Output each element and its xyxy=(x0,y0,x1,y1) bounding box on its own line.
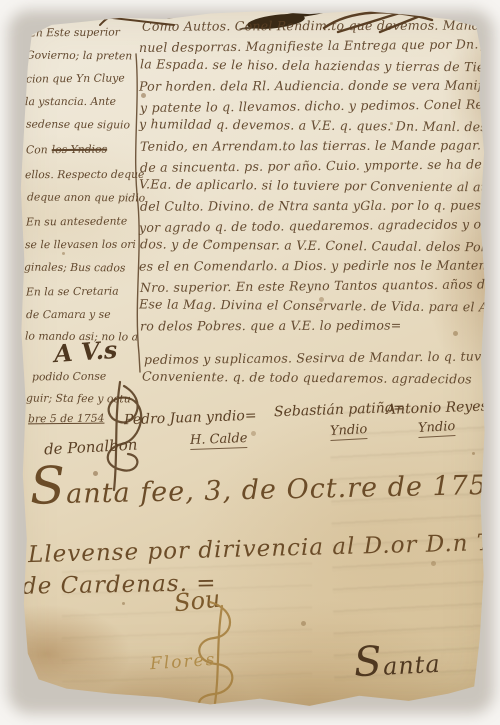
margin-note-line: sedense que siguio xyxy=(26,118,130,132)
signature-title: Yndio xyxy=(330,422,368,441)
margin-note-line: Conlos Yndios xyxy=(26,143,107,157)
body-line: Por horden. dela Rl. Audiencia. donde se… xyxy=(139,77,500,93)
margin-note-word: Con xyxy=(26,143,48,156)
manuscript-page: En Este superior Govierno; la preten cio… xyxy=(2,2,498,718)
margin-note-line: Govierno; la preten xyxy=(26,49,132,63)
margin-flourish-initials: A V.s xyxy=(53,335,118,368)
signature-title: H. Calde xyxy=(190,431,248,450)
bottom-signature-right: Santa xyxy=(353,648,441,682)
margin-note-line: deque anon que pidio xyxy=(27,190,145,204)
body-line: pedimos y suplicamos. Sesirva de Mandar.… xyxy=(144,348,500,367)
body-line: y humildad q. devemos. a V.E. q. ques. D… xyxy=(139,116,500,135)
margin-note-line: cion que Yn Cluye xyxy=(26,71,125,85)
photo-backdrop: En Este superior Govierno; la preten cio… xyxy=(0,0,500,725)
body-line: Conveniente. q. de todo quedaremos. agra… xyxy=(142,369,472,387)
body-line: Ese la Mag. Divina el Conservarle. de Vi… xyxy=(139,296,500,314)
body-line: de a sincuenta. ps. por año. Cuio. ympor… xyxy=(140,156,500,175)
body-line: nuel desporras. Magnifieste la Entrega q… xyxy=(139,36,500,55)
body-line: dos. y de Compensar. a V.E. Conel. Cauda… xyxy=(140,236,500,254)
body-line: V.Ea. de aplicarlo. si lo tuviere por Co… xyxy=(139,176,500,194)
margin-note-line: ginales; Bus cados xyxy=(24,261,126,275)
margin-note-line: En su antesedente xyxy=(26,214,127,228)
margin-note-line: se le llevasen los ori xyxy=(25,238,136,251)
body-line: es el en Comendarlo. a Dios. y pedirle n… xyxy=(139,257,500,273)
body-line: ro delos Pobres. que a V.E. lo pedimos= xyxy=(140,318,402,334)
struck-out-text: los Yndios xyxy=(52,143,108,157)
margin-note-line: ellos. Respecto deque xyxy=(25,168,144,181)
body-line: y patente lo q. llevamos. dicho. y pedim… xyxy=(140,96,500,115)
signature-name: Pedro Juan yndio= xyxy=(124,408,257,429)
body-line: del Culto. Divino. de Ntra santa yGla. p… xyxy=(140,197,500,213)
body-line: yor agrado q. de todo. quedaremos. agrad… xyxy=(139,216,500,235)
body-line: Como Auttos. Conel Rendim.to que devemos… xyxy=(142,17,500,33)
body-line: Tenido, en Arrendam.to las tierras. le M… xyxy=(140,137,500,153)
margin-note-line: la ystancia. Ante xyxy=(25,95,116,108)
margin-note-line: En la se Cretaria xyxy=(26,285,119,299)
margin-note-line: de Camara y se xyxy=(26,308,111,321)
foxing-spots xyxy=(2,2,5,5)
body-line: Nro. superior. En este Reyno Tantos quan… xyxy=(140,276,500,295)
signature-title: Yndio xyxy=(418,419,456,438)
body-line: la Espada. se le hiso. dela haziendas y … xyxy=(140,56,500,74)
